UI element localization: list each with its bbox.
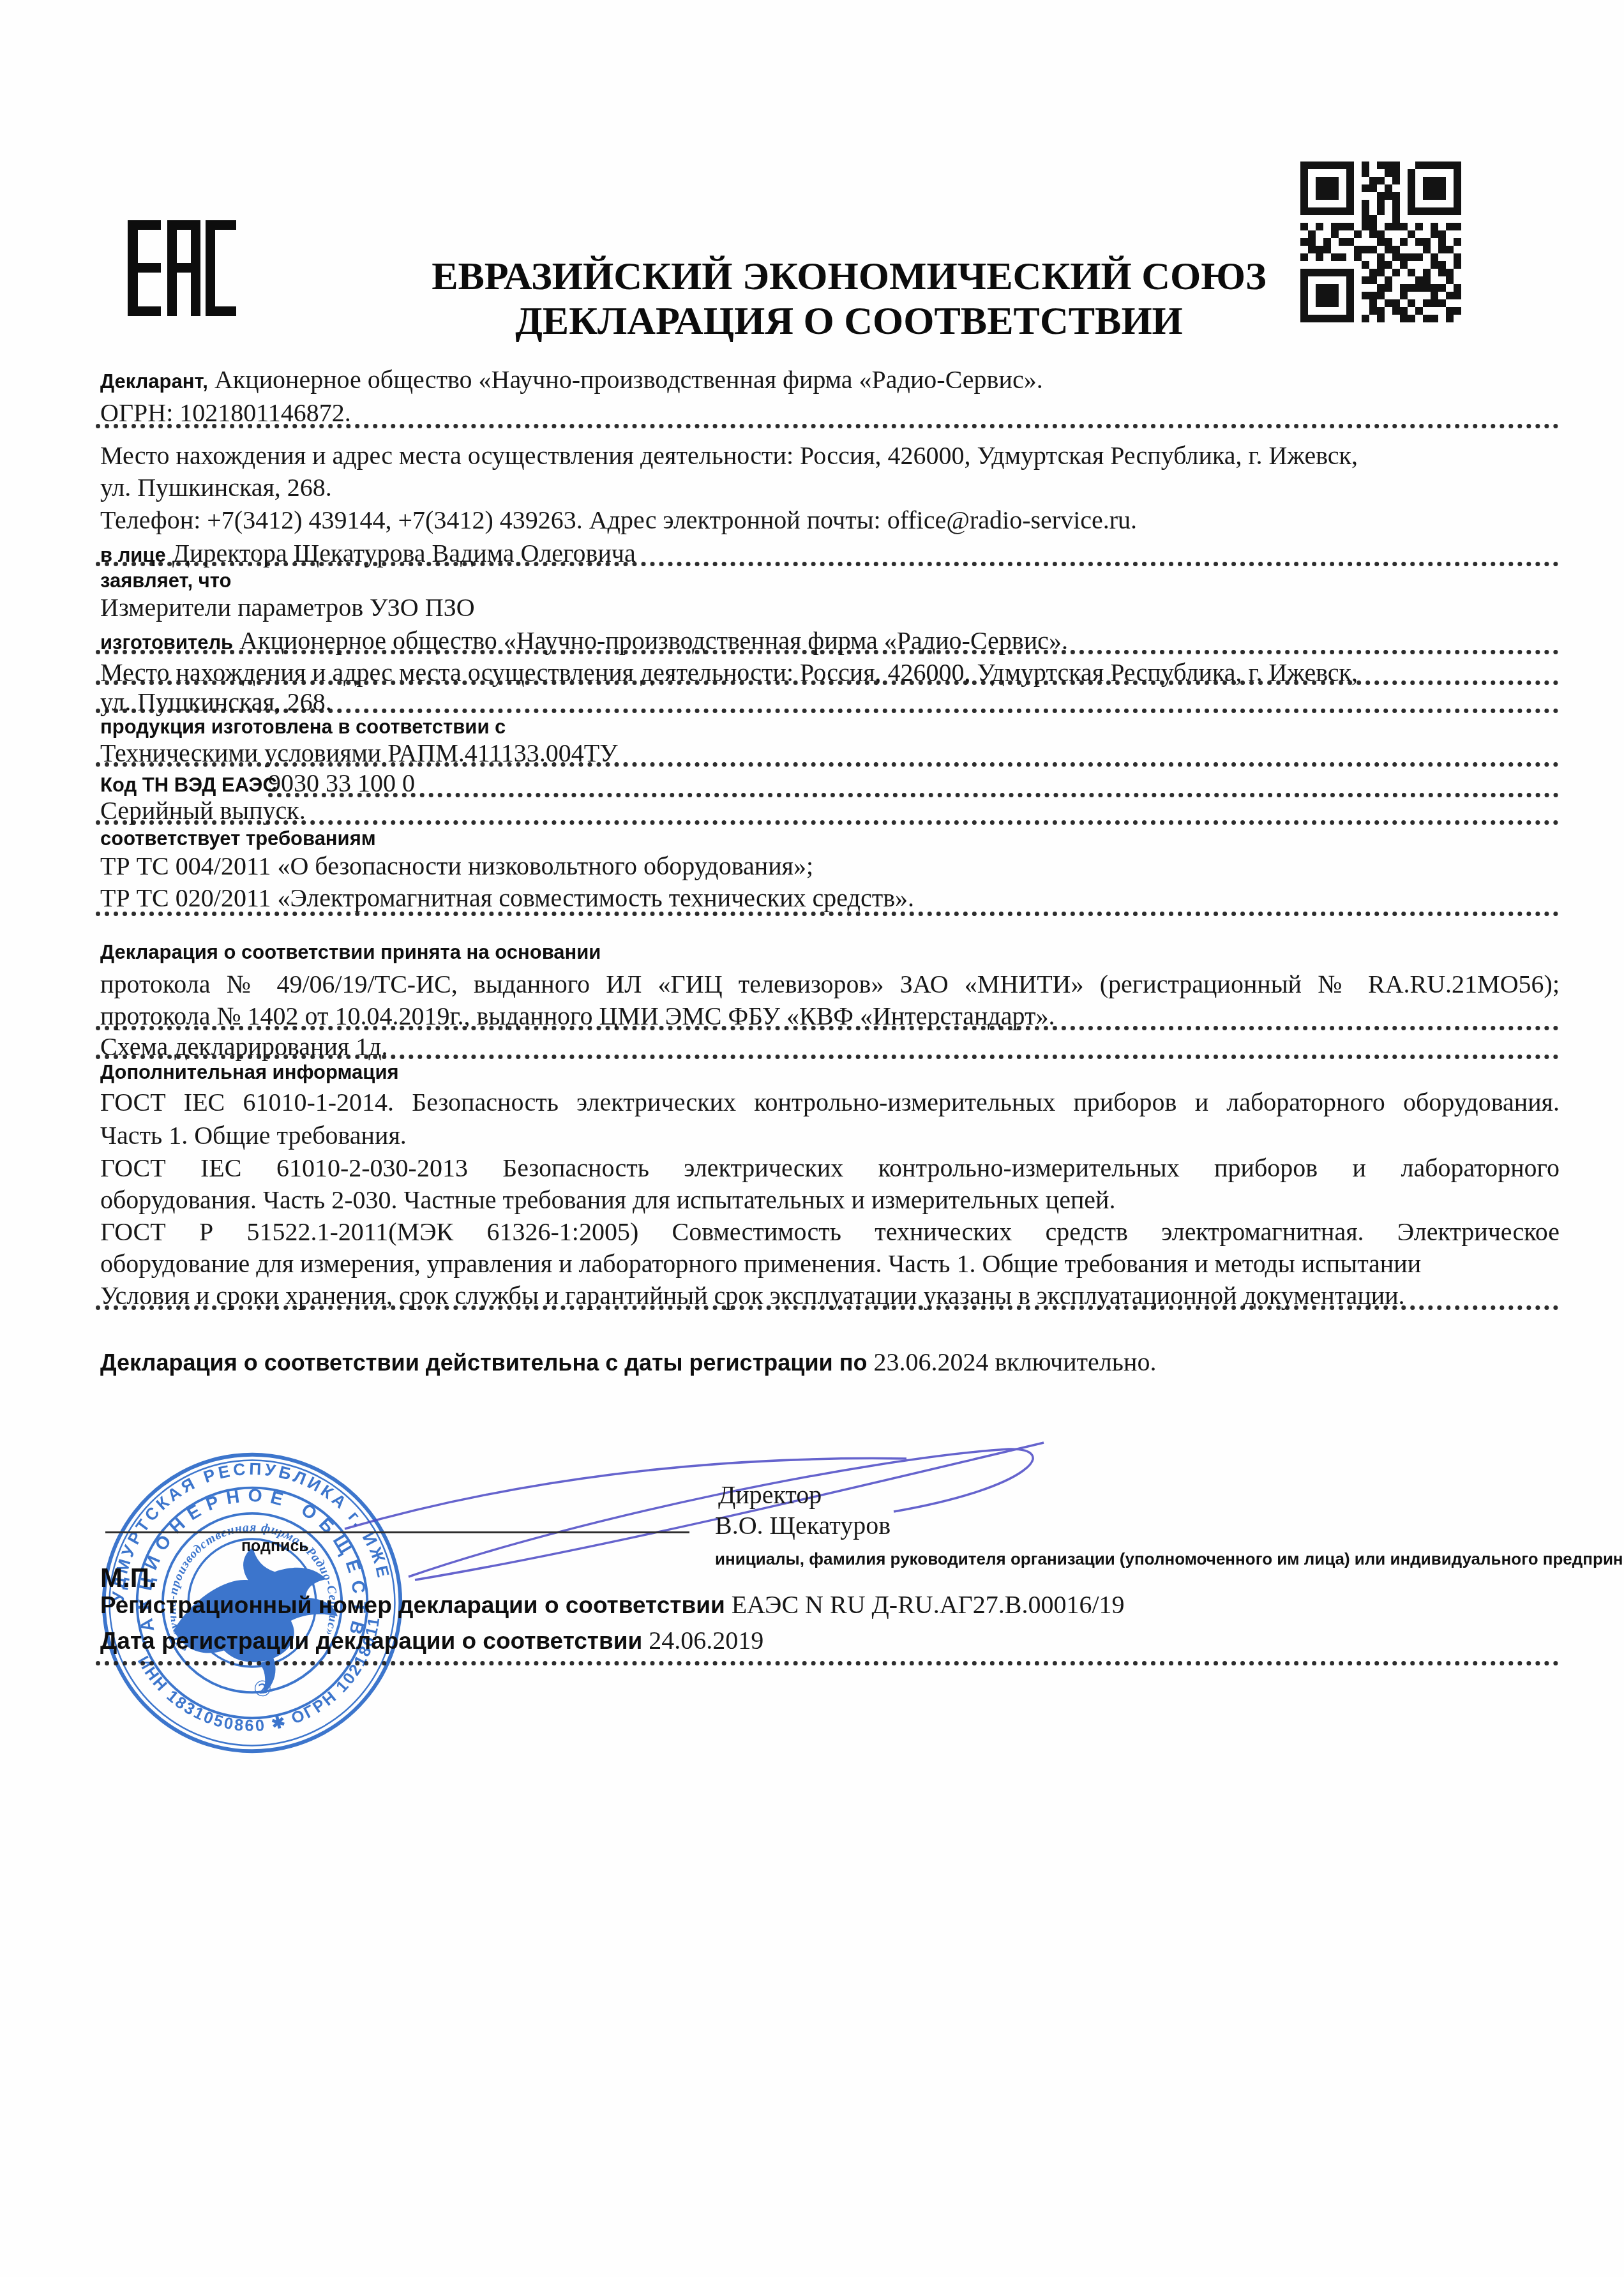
initials-note: инициалы, фамилия руководителя организац… bbox=[715, 1550, 1624, 1568]
field-declarant: Декларант, Акционерное общество «Научно-… bbox=[100, 366, 1043, 395]
field-storage: Условия и сроки хранения, срок службы и … bbox=[100, 1282, 1405, 1311]
dotted-line bbox=[268, 793, 1559, 797]
field-basis: Декларация о соответствии принята на осн… bbox=[100, 942, 601, 964]
field-address2: ул. Пушкинская, 268. bbox=[100, 474, 332, 502]
field-gost3b: оборудование для измерения, управления и… bbox=[100, 1250, 1421, 1279]
field-phone-email: Телефон: +7(3412) 439144, +7(3412) 43926… bbox=[100, 506, 1137, 535]
field-ogrn: ОГРН: 1021801146872. bbox=[100, 399, 351, 428]
field-tr2: ТР ТС 020/2011 «Электромагнитная совмест… bbox=[100, 884, 914, 913]
declaration-document-page: ЕВРАЗИЙСКИЙ ЭКОНОМИЧЕСКИЙ СОЮЗ ДЕКЛАРАЦИ… bbox=[0, 0, 1624, 2277]
field-address1: Место нахождения и адрес места осуществл… bbox=[100, 442, 1358, 470]
field-tr1: ТР ТС 004/2011 «О безопасности низковоль… bbox=[100, 852, 813, 881]
field-gost2b: оборудования. Часть 2-030. Частные требо… bbox=[100, 1186, 1115, 1215]
field-gost3a: ГОСТ Р 51522.1-2011(МЭК 61326-1:2005) Со… bbox=[100, 1218, 1560, 1247]
field-scheme: Схема декларирования 1д. bbox=[100, 1033, 388, 1062]
field-meets: соответствует требованиям bbox=[100, 828, 376, 850]
declarant-label: Декларант, bbox=[100, 370, 208, 393]
director-name: В.О. Щекатуров bbox=[715, 1512, 891, 1540]
tnved-label: Код ТН ВЭД ЕАЭС bbox=[100, 774, 268, 797]
title-line-1: ЕВРАЗИЙСКИЙ ЭКОНОМИЧЕСКИЙ СОЮЗ bbox=[332, 254, 1366, 299]
field-manufacturer: изготовитель Акционерное общество «Научн… bbox=[100, 627, 1068, 656]
field-mfr-address2: ул. Пушкинская, 268. bbox=[100, 688, 332, 717]
dotted-line bbox=[96, 1661, 1559, 1665]
signature-caption: подпись bbox=[241, 1537, 309, 1555]
field-made-per: продукция изготовлена в соответствии с bbox=[100, 716, 506, 739]
field-protocol1: протокола № 49/06/19/ТС-ИС, выданного ИЛ… bbox=[100, 970, 1560, 999]
director-title: Директор bbox=[718, 1481, 822, 1510]
signature-line bbox=[105, 1531, 689, 1533]
title-line-2: ДЕКЛАРАЦИЯ О СООТВЕТСТВИИ bbox=[332, 299, 1366, 343]
field-product: Измерители параметров УЗО ПЗО bbox=[100, 594, 475, 622]
tnved-value: 9030 33 100 0 bbox=[268, 769, 415, 797]
field-gost1a: ГОСТ IEC 61010-1-2014. Безопасность элек… bbox=[100, 1088, 1560, 1117]
field-gost1b: Часть 1. Общие требования. bbox=[100, 1122, 407, 1150]
field-additional: Дополнительная информация bbox=[100, 1062, 399, 1084]
registration-date-line: Дата регистрации декларации о соответств… bbox=[100, 1627, 763, 1655]
field-in-person: в лице Директора Щекатурова Вадима Олего… bbox=[100, 539, 636, 568]
field-serial: Серийный выпуск. bbox=[100, 797, 306, 825]
declarant-value: Акционерное общество «Научно-производств… bbox=[208, 365, 1043, 394]
field-mfr-address1: Место нахождения и адрес места осуществл… bbox=[100, 659, 1358, 688]
field-gost2a: ГОСТ IEC 61010-2-030-2013 Безопасность э… bbox=[100, 1154, 1560, 1183]
registration-number-line: Регистрационный номер декларации о соотв… bbox=[100, 1591, 1125, 1619]
field-validity: Декларация о соответствии действительна … bbox=[100, 1348, 1156, 1377]
document-title: ЕВРАЗИЙСКИЙ ЭКОНОМИЧЕСКИЙ СОЮЗ ДЕКЛАРАЦИ… bbox=[332, 254, 1366, 343]
eac-logo-icon bbox=[128, 220, 236, 316]
mp-label: М.П. bbox=[100, 1563, 157, 1593]
field-tech-conditions: Техническими условиями РАПМ.411133.004ТУ bbox=[100, 739, 618, 768]
field-declares: заявляет, что bbox=[100, 570, 231, 592]
field-protocol2: протокола № 1402 от 10.04.2019г., выданн… bbox=[100, 1002, 1055, 1031]
field-tnved: Код ТН ВЭД ЕАЭС9030 33 100 0 bbox=[100, 769, 415, 798]
dotted-line bbox=[96, 820, 1559, 825]
handwritten-signature bbox=[255, 1417, 1085, 1602]
